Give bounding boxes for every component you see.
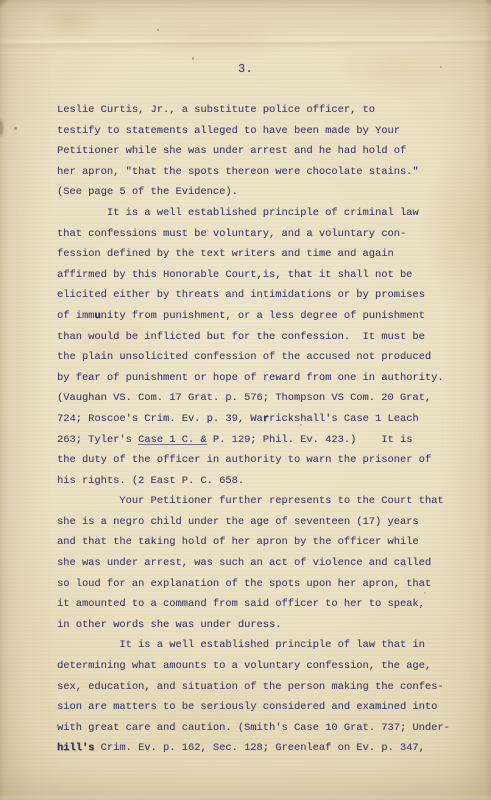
document-line: his rights. (2 East P. C. 658. [57, 471, 450, 492]
paper-stain [40, 4, 100, 38]
line-segment: nity from punishment, or a less degree o… [101, 310, 425, 322]
document-body: Leslie Curtis, Jr., a substitute police … [57, 100, 450, 759]
document-line: her apron, "that the spots thereon were … [57, 162, 450, 183]
document-line: so loud for an explanation of the spots … [57, 574, 450, 595]
document-line: the duty of the officer in authority to … [57, 450, 450, 471]
paper-speck [14, 127, 17, 130]
line-segment: Crim. Ev. p. 162, Sec. 128; Greenleaf on… [94, 742, 424, 754]
document-line: than would be inflicted but for the conf… [57, 327, 450, 348]
paper-speck [192, 57, 194, 60]
overstruck-text: hill's [57, 742, 94, 754]
paper-corner-shadow [0, 0, 10, 9]
document-line: testify to statements alleged to have be… [57, 121, 450, 142]
document-line: the plain unsolicited confession of the … [57, 347, 450, 368]
line-segment: 724; Roscoe's Crim. Ev. p. 39, Wa [57, 413, 263, 425]
document-line: Petitioner while she was under arrest an… [57, 141, 450, 162]
document-line: sex, education, and situation of the per… [57, 677, 450, 698]
document-line: of immunity from punishment, or a less d… [57, 306, 450, 327]
document-line: fession defined by the text writers and … [57, 244, 450, 265]
document-line: elicited either by threats and intimidat… [57, 285, 450, 306]
document-line: hill's Crim. Ev. p. 162, Sec. 128; Green… [57, 738, 450, 759]
document-line: Leslie Curtis, Jr., a substitute police … [57, 100, 450, 121]
document-line: 724; Roscoe's Crim. Ev. p. 39, Warricksh… [57, 409, 450, 430]
line-segment: of imm [57, 310, 94, 322]
document-line: determining what amounts to a voluntary … [57, 656, 450, 677]
document-line: 263; Tyler's Case 1 C. & P. 129; Phil. E… [57, 430, 450, 451]
paper-bottom-edge [0, 793, 491, 800]
document-line: affirmed by this Honorable Court,is, tha… [57, 265, 450, 286]
document-line: she is a negro child under the age of se… [57, 512, 450, 533]
line-segment: 263; Tyler's [57, 434, 138, 446]
page-number: 3. [0, 63, 491, 76]
line-segment: rickshall's Case 1 Leach [269, 413, 419, 425]
document-line: it amounted to a command from said offic… [57, 594, 450, 615]
paper-edge-mark [0, 120, 3, 136]
document-line: sion are matters to be seriously conside… [57, 697, 450, 718]
document-line: that confessions must be voluntary, and … [57, 224, 450, 245]
document-line: she was under arrest, was such an act of… [57, 553, 450, 574]
document-line: by fear of punishment or hope of reward … [57, 368, 450, 389]
document-line: It is a well established principle of la… [57, 635, 450, 656]
document-line: in other words she was under duress. [57, 615, 450, 636]
document-line: and that the taking hold of her apron by… [57, 532, 450, 553]
document-line: (Vaughan VS. Com. 17 Grat. p. 576; Thomp… [57, 388, 450, 409]
document-line: with great care and caution. (Smith's Ca… [57, 718, 450, 739]
scanned-document-page: 3. Leslie Curtis, Jr., a substitute poli… [0, 0, 491, 800]
paper-crease [0, 34, 491, 49]
paper-speck [157, 29, 159, 31]
document-line: Your Petitioner further represents to th… [57, 491, 450, 512]
underlined-text: Case 1 C. & [138, 434, 207, 446]
paper-corner-shadow [483, 0, 491, 8]
document-line: (See page 5 of the Evidence). [57, 182, 450, 203]
document-line: It is a well established principle of cr… [57, 203, 450, 224]
line-segment: P. 129; Phil. Ev. 423.) It is [207, 434, 413, 446]
